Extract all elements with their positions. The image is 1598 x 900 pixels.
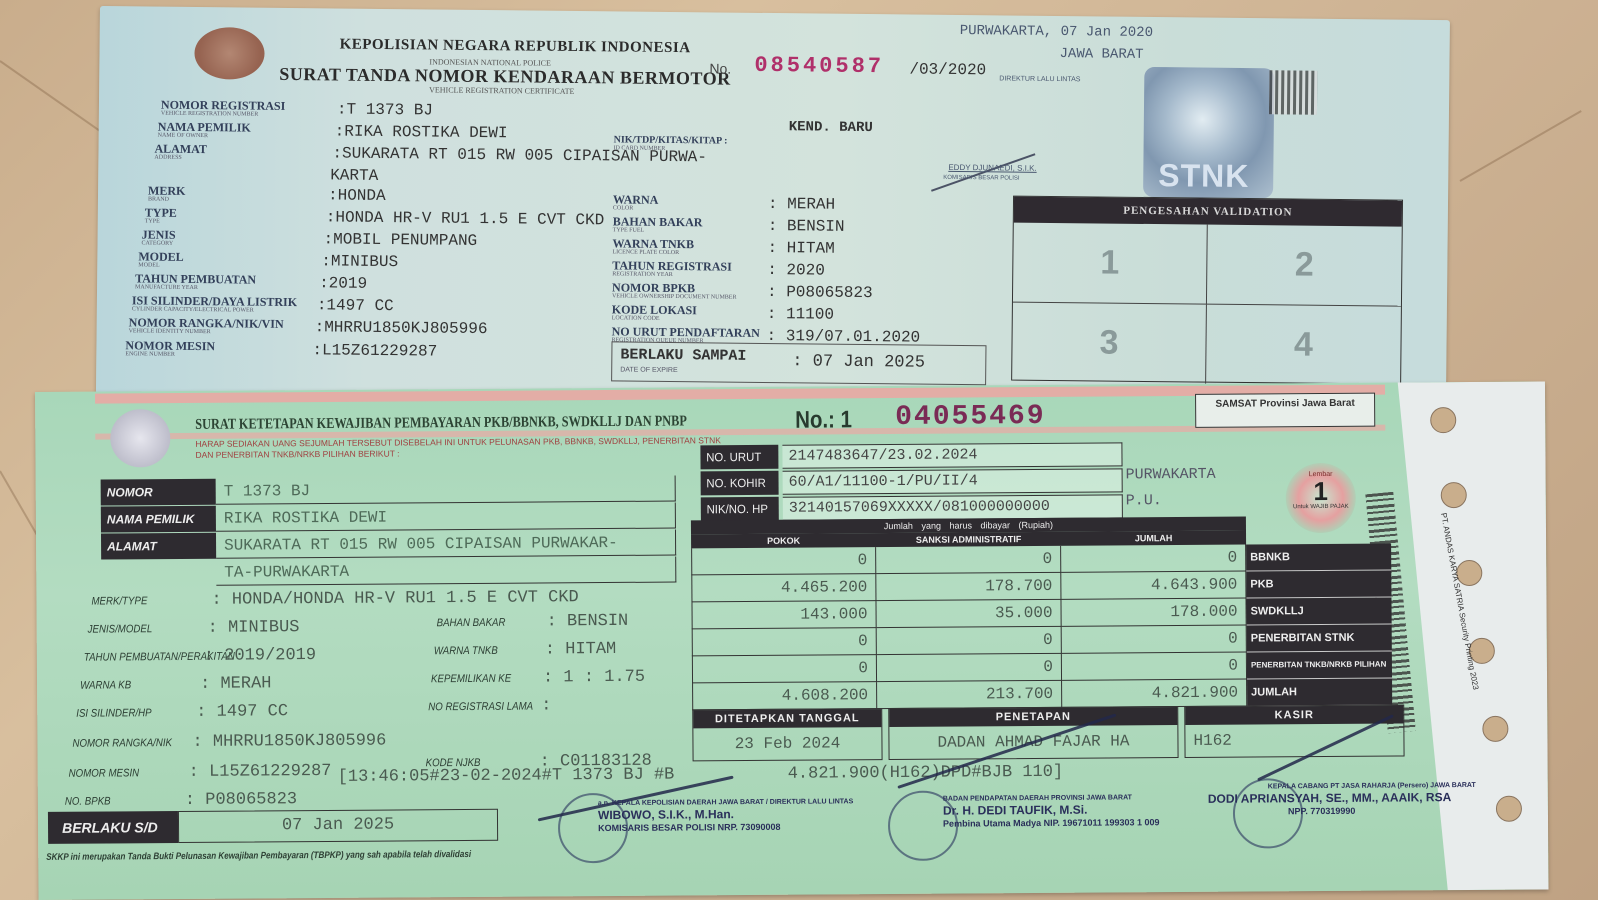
payment-row-label: SWDKLLJ bbox=[1246, 598, 1391, 626]
payment-pokok: 0 bbox=[692, 655, 877, 683]
garuda-emblem-icon bbox=[110, 409, 170, 467]
spec-value: : HITAM bbox=[545, 640, 617, 659]
assessment-officer-box: PENETAPAN DADAN AHMAD FAJAR HA bbox=[888, 706, 1178, 760]
stnk-field-value: KARTA bbox=[330, 166, 378, 185]
stnk-field-value: :HONDA HR-V RU1 1.5 E CVT CKD bbox=[326, 208, 605, 229]
owner-value: RIKA ROSTIKA DEWI bbox=[216, 503, 676, 532]
owner-value: T 1373 BJ bbox=[216, 476, 676, 505]
id-value: 60/A1/11100-1/PU/II/4 bbox=[783, 468, 1123, 494]
official-jasa-raharja: KEPALA CABANG PT JASA RAHARJA (Persero) … bbox=[1208, 782, 1476, 817]
owner-row: ALAMATSUKARATA RT 015 RW 005 CIPAISAN PU… bbox=[101, 530, 676, 560]
stnk-field-label: ALAMATADDRESS bbox=[154, 143, 207, 162]
payment-header: SANKSI ADMINISTRATIF bbox=[876, 532, 1061, 547]
assessment-boxes: DITETAPKAN TANGGAL 23 Feb 2024 PENETAPAN… bbox=[692, 704, 1404, 761]
id-label: NIK/NO. HP bbox=[701, 497, 779, 522]
payment-header: JUMLAH bbox=[1061, 531, 1246, 546]
stnk-serial-suffix: /03/2020 bbox=[909, 60, 986, 79]
validation-header: PENGESAHAN VALIDATION bbox=[1014, 197, 1402, 227]
stnk-field-label: NOMOR RANGKA/NIK/VINVEHICLE IDENTITY NUM… bbox=[129, 316, 284, 336]
spec-label: NO. BPKB bbox=[65, 795, 111, 807]
spec-label: ISI SILINDER/HP bbox=[76, 707, 151, 720]
payment-pokok: 0 bbox=[692, 628, 877, 656]
vehicle-status: KEND. BARU bbox=[789, 119, 873, 136]
payment-jumlah: 0 bbox=[1062, 626, 1247, 654]
payment-row-label: PENERBITAN STNK bbox=[1247, 625, 1392, 653]
stnk-no-label: No. bbox=[709, 60, 731, 76]
validation-cell: 1 bbox=[1013, 223, 1208, 305]
assessment-date-value: 23 Feb 2024 bbox=[693, 727, 881, 760]
owner-value: TA-PURWAKARTA bbox=[216, 557, 676, 586]
official-title: NPP. 770319990 bbox=[1208, 805, 1476, 818]
stnk-field-label: NOMOR MESINENGINE NUMBER bbox=[125, 339, 215, 358]
payment-sanksi: 213.700 bbox=[877, 681, 1062, 709]
region-city: PURWAKARTA bbox=[1126, 466, 1216, 484]
region-code: P.U. bbox=[1126, 492, 1162, 509]
lembar-sub: Untuk WAJIB PAJAK bbox=[1286, 504, 1356, 510]
spec-label: JENIS/MODEL bbox=[88, 623, 153, 635]
stnk-field-value: : MERAH bbox=[768, 195, 835, 214]
stnk-card: KEPOLISIAN NEGARA REPUBLIK INDONESIA IND… bbox=[96, 6, 1450, 412]
field-label-en: CATEGORY bbox=[141, 240, 175, 246]
cashier-box: KASIR H162 bbox=[1184, 704, 1404, 758]
assessment-date-label: DITETAPKAN TANGGAL bbox=[693, 709, 881, 728]
validation-cell: 2 bbox=[1207, 225, 1402, 307]
lembar-number: 1 bbox=[1286, 478, 1356, 504]
payment-table: Jumlah yang harus dibayar (Rupiah) POKOK… bbox=[691, 516, 1392, 711]
official-name: DODI APRIANSYAH, SE., MM., AAAIK, RSA bbox=[1208, 790, 1476, 806]
payment-jumlah: 4.643.900 bbox=[1061, 572, 1246, 600]
stnk-field-label: BAHAN BAKARTYPE FUEL bbox=[613, 215, 703, 234]
payment-pokok: 0 bbox=[691, 547, 876, 575]
official-title: Pembina Utama Madya NIP. 19671011 199303… bbox=[943, 817, 1160, 829]
background-texture bbox=[1460, 110, 1582, 182]
spec-value: : BENSIN bbox=[547, 612, 629, 632]
police-emblem-icon bbox=[194, 27, 265, 80]
validation-print-line: [13:46:05#23-02-2024#T 1373 BJ #B bbox=[338, 766, 675, 787]
owner-label: ALAMAT bbox=[101, 533, 216, 560]
stnk-expiry-label-en: DATE OF EXPIRE bbox=[620, 366, 678, 374]
stnk-field-label: MODELMODEL bbox=[138, 250, 184, 268]
perforation-hole-icon bbox=[1441, 482, 1467, 508]
owner-row: NOMOR REGISTRASIT 1373 BJ bbox=[101, 476, 676, 506]
spec-label: BAHAN BAKAR bbox=[437, 617, 506, 629]
cashier-value: H162 bbox=[1185, 723, 1403, 757]
stnk-title-en: VEHICLE REGISTRATION CERTIFICATE bbox=[429, 85, 574, 96]
payment-sanksi: 0 bbox=[877, 654, 1062, 682]
skkp-expiry-value: 07 Jan 2025 bbox=[178, 809, 498, 843]
payment-sanksi: 0 bbox=[877, 627, 1062, 655]
skkp-subtitle: HARAP SEDIAKAN UANG SEJUMLAH TERSEBUT DI… bbox=[195, 435, 735, 461]
spec-value: : MINIBUS bbox=[208, 618, 300, 638]
stnk-field-value: : P08065823 bbox=[767, 283, 873, 302]
skkp-card: PT. ANDAS KARYA SATRIA Security Printing… bbox=[35, 381, 1549, 900]
validation-cell: 3 bbox=[1012, 302, 1207, 384]
stnk-field-label: MERKBRAND bbox=[148, 185, 186, 203]
payment-row-label: PENERBITAN TNKB/NRKB PILIHAN bbox=[1247, 652, 1392, 680]
spec-label: KEPEMILIKAN KE bbox=[431, 673, 511, 686]
spec-value: : P08065823 bbox=[185, 790, 297, 810]
stnk-field-value: :HONDA bbox=[328, 186, 386, 205]
stnk-field-label: WARNACOLOR bbox=[613, 193, 659, 211]
spec-value: : MHRRU1850KJ805996 bbox=[192, 732, 386, 752]
payment-pokok: 4.465.200 bbox=[691, 574, 876, 602]
samsat-box: SAMSAT Provinsi Jawa Barat bbox=[1195, 393, 1375, 428]
field-label-en: VEHICLE OWNERSHIP DOCUMENT NUMBER bbox=[612, 293, 737, 300]
official-police: a.n. KEPALA KEPOLISIAN DAERAH JAWA BARAT… bbox=[598, 798, 854, 833]
skkp-footnote: SKKP ini merupakan Tanda Bukti Pelunasan… bbox=[46, 849, 471, 863]
assessment-officer-label: PENETAPAN bbox=[889, 707, 1177, 727]
payment-sanksi: 178.700 bbox=[876, 573, 1061, 601]
stnk-field-label: NOMOR REGISTRASIVEHICLE REGISTRATION NUM… bbox=[161, 99, 286, 118]
stnk-field-value: :1497 CC bbox=[317, 296, 394, 315]
stnk-field-label: JENISCATEGORY bbox=[141, 228, 175, 246]
stnk-field-label: TYPETYPE bbox=[145, 206, 177, 224]
skkp-expiry: BERLAKU S/D 07 Jan 2025 bbox=[48, 809, 498, 844]
spec-label: NO REGISTRASI LAMA bbox=[428, 701, 533, 714]
stnk-field-value: : 11100 bbox=[767, 305, 834, 324]
stnk-field-label: TAHUN REGISTRASIREGISTRATION YEAR bbox=[612, 259, 732, 278]
perforation-hole-icon bbox=[1496, 796, 1522, 822]
validation-print-line-2: 4.821.900(H162)DPD#BJB 110] bbox=[788, 763, 1064, 784]
payment-rows: 000BBNKB4.465.200178.7004.643.900PKB143.… bbox=[691, 544, 1392, 711]
spec-label: NOMOR MESIN bbox=[69, 767, 140, 779]
stnk-fields-left: NOMOR REGISTRASIVEHICLE REGISTRATION NUM… bbox=[100, 6, 1450, 20]
nik-label-en: ID CARD NUMBER bbox=[614, 145, 728, 152]
payment-row-label: BBNKB bbox=[1246, 544, 1391, 572]
skkp-title: SURAT KETETAPAN KEWAJIBAN PEMBAYARAN PKB… bbox=[195, 413, 687, 433]
stnk-province: JAWA BARAT bbox=[1059, 46, 1143, 63]
signatory-name: EDDY DJUNAEDI, S.I.K. bbox=[948, 163, 1036, 173]
cashier-label: KASIR bbox=[1185, 705, 1403, 725]
spec-label: NOMOR RANGKA/NIK bbox=[72, 737, 172, 750]
payment-row-label: PKB bbox=[1246, 571, 1391, 599]
official-title: KOMISARIS BESAR POLISI NRP. 73090008 bbox=[598, 821, 853, 834]
spec-label: WARNA TNKB bbox=[434, 645, 498, 657]
payment-sanksi: 0 bbox=[876, 546, 1061, 574]
owner-label: NAMA PEMILIK bbox=[101, 506, 216, 533]
validation-grid: 1234 bbox=[1012, 223, 1402, 386]
stnk-field-label: KODE LOKASILOCATION CODE bbox=[612, 303, 697, 322]
stnk-field-label: NAMA PEMILIKNAME OF OWNER bbox=[158, 121, 251, 140]
perforation-hole-icon bbox=[1430, 407, 1456, 433]
stnk-issue-place-date: PURWAKARTA, 07 Jan 2020 bbox=[960, 23, 1153, 41]
stnk-field-label: ISI SILINDER/DAYA LISTRIKCYLINDER CAPACI… bbox=[132, 294, 297, 314]
id-label: NO. URUT bbox=[700, 445, 778, 470]
validation-table: PENGESAHAN VALIDATION 1234 bbox=[1011, 196, 1403, 385]
stnk-field-value: : 2020 bbox=[767, 261, 825, 280]
stnk-field-value: :L15Z61229287 bbox=[312, 341, 437, 360]
owner-row: TA-PURWAKARTA bbox=[101, 557, 676, 587]
stnk-director-title: DIREKTUR LALU LINTAS bbox=[999, 75, 1080, 83]
stnk-field-label: NOMOR BPKBVEHICLE OWNERSHIP DOCUMENT NUM… bbox=[612, 281, 737, 300]
assessment-date-box: DITETAPKAN TANGGAL 23 Feb 2024 bbox=[692, 708, 882, 761]
stnk-field-value: :MHRRU1850KJ805996 bbox=[315, 318, 488, 338]
spec-value: : HONDA/HONDA HR-V RU1 1.5 E CVT CKD bbox=[211, 588, 578, 610]
id-value: 2147483647/23.02.2024 bbox=[782, 442, 1122, 468]
signatory-title: KOMISARIS BESAR POLISI bbox=[943, 175, 1019, 182]
payment-jumlah: 0 bbox=[1061, 545, 1246, 573]
stnk-expiry-box: BERLAKU SAMPAI DATE OF EXPIRE : 07 Jan 2… bbox=[611, 341, 986, 385]
stnk-authority: KEPOLISIAN NEGARA REPUBLIK INDONESIA bbox=[340, 37, 691, 58]
stnk-expiry-value: : 07 Jan 2025 bbox=[792, 352, 925, 372]
spec-value: : MERAH bbox=[200, 674, 272, 693]
perforation-hole-icon bbox=[1482, 716, 1508, 742]
owner-label: NOMOR REGISTRASI bbox=[101, 479, 216, 506]
owner-label bbox=[101, 560, 216, 587]
spec-value: : bbox=[541, 696, 551, 715]
stnk-field-value: :RIKA ROSTIKA DEWI bbox=[335, 122, 508, 142]
payment-pokok: 4.608.200 bbox=[692, 682, 877, 710]
stnk-field-value: :MOBIL PENUMPANG bbox=[323, 230, 477, 250]
payment-pokok: 143.000 bbox=[691, 601, 876, 629]
hologram-text: STNK bbox=[1158, 157, 1249, 195]
stnk-field-value: :MINIBUS bbox=[321, 252, 398, 271]
spec-value: : 1 : 1.75 bbox=[543, 668, 645, 688]
validation-cell: 4 bbox=[1206, 304, 1401, 386]
stnk-field-label: WARNA TNKBLICENCE PLATE COLOR bbox=[612, 237, 694, 256]
spec-label: MERK/TYPE bbox=[91, 595, 147, 607]
payment-jumlah: 178.000 bbox=[1061, 599, 1246, 627]
payment-jumlah: 4.821.900 bbox=[1062, 680, 1247, 708]
payment-header: POKOK bbox=[691, 533, 876, 548]
stnk-field-label: TAHUN PEMBUATANMANUFACTURE YEAR bbox=[135, 272, 256, 291]
qr-code-icon bbox=[1269, 70, 1317, 115]
stnk-field-value: : HITAM bbox=[767, 239, 834, 258]
owner-row: NAMA PEMILIKRIKA ROSTIKA DEWI bbox=[101, 503, 676, 533]
payment-sanksi: 35.000 bbox=[876, 600, 1061, 628]
nik-label: NIK/TDP/KITAS/KITAP : ID CARD NUMBER bbox=[614, 135, 728, 152]
stnk-field-value: :T 1373 BJ bbox=[337, 100, 433, 119]
owner-value: SUKARATA RT 015 RW 005 CIPAISAN PURWAKAR… bbox=[216, 530, 676, 559]
skkp-id-row: NO. URUT 2147483647/23.02.2024 bbox=[700, 442, 1122, 469]
payment-jumlah: 0 bbox=[1062, 653, 1247, 681]
payment-row-label: JUMLAH bbox=[1247, 679, 1392, 707]
stnk-field-value: :2019 bbox=[319, 274, 367, 293]
official-bapenda: BADAN PENDAPATAN DAERAH PROVINSI JAWA BA… bbox=[943, 794, 1160, 829]
skkp-serial: 04055469 bbox=[895, 401, 1046, 433]
stnk-expiry-label: BERLAKU SAMPAI bbox=[620, 346, 746, 364]
id-label: NO. KOHIR bbox=[701, 471, 779, 496]
stnk-fields-right: WARNACOLOR: MERAHBAHAN BAKARTYPE FUEL: B… bbox=[100, 6, 1450, 20]
skkp-expiry-label: BERLAKU S/D bbox=[48, 811, 178, 844]
official-name: Dr. H. DEDI TAUFIK, M.Si. bbox=[943, 803, 1160, 819]
stnk-field-value: : BENSIN bbox=[768, 217, 845, 236]
skkp-id-row: NO. KOHIR60/A1/11100-1/PU/II/4 bbox=[701, 468, 1123, 495]
skkp-no-label: No.: 1 bbox=[795, 406, 852, 434]
spec-value: : 1497 CC bbox=[196, 702, 288, 722]
spec-value: : L15Z61229287 bbox=[189, 762, 332, 782]
spec-label: WARNA KB bbox=[80, 679, 131, 691]
spec-value: : 2019/2019 bbox=[204, 646, 316, 666]
stnk-serial: 08540587 bbox=[754, 53, 884, 79]
